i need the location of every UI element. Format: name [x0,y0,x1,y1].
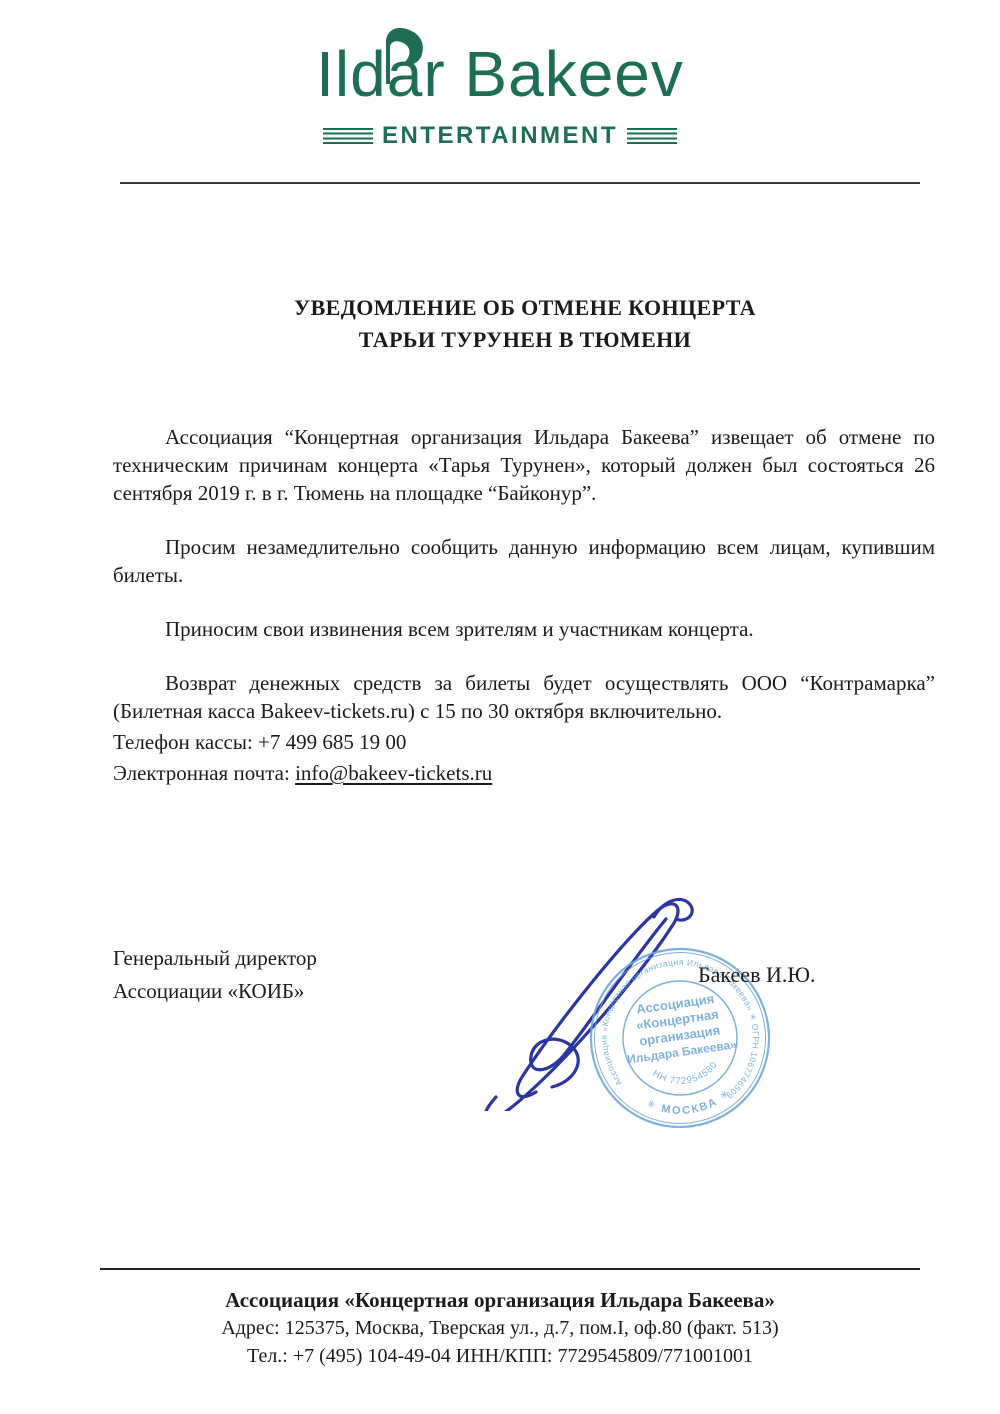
signer-name: Бакеев И.Ю. [698,962,815,988]
paragraph-refund: Возврат денежных средств за билеты будет… [113,669,935,725]
letter-body: Ассоциация “Концертная организация Ильда… [113,423,935,787]
paragraph-announcement: Ассоциация “Концертная организация Ильда… [113,423,935,507]
logo-lines-left-icon [323,128,373,145]
title-line-1: УВЕДОМЛЕНИЕ ОБ ОТМЕНЕ КОНЦЕРТА [115,292,935,324]
company-logo: Ildar Bakeev ENTERTAINMENT [0,28,1000,150]
footer-phone-inn: Тел.: +7 (495) 104-49-04 ИНН/КПП: 772954… [0,1342,1000,1370]
footer: Ассоциация «Концертная организация Ильда… [0,1286,1000,1370]
phone-number: +7 499 685 19 00 [258,730,406,754]
title-line-2: ТАРЬИ ТУРУНЕН В ТЮМЕНИ [115,324,935,356]
logo-subtitle-row: ENTERTAINMENT [0,122,1000,150]
phone-line: Телефон кассы: +7 499 685 19 00 [113,728,935,756]
email-label: Электронная почта: [113,761,295,785]
email-link[interactable]: info@bakeev-tickets.ru [295,761,492,785]
signatory-position-line-2: Ассоциации «КОИБ» [113,975,317,1008]
footer-org-name: Ассоциация «Концертная организация Ильда… [0,1286,1000,1314]
paragraph-request: Просим незамедлительно сообщить данную и… [113,533,935,589]
footer-address: Адрес: 125375, Москва, Тверская ул., д.7… [0,1314,1000,1342]
signatory-position-line-1: Генеральный директор [113,942,317,975]
header-divider [120,182,920,184]
email-line: Электронная почта: info@bakeev-tickets.r… [113,759,935,787]
paragraph-apology: Приносим свои извинения всем зрителям и … [113,615,935,643]
document-page: Ildar Bakeev ENTERTAINMENT УВЕДОМЛЕНИЕ О… [0,0,1000,1414]
music-note-icon [384,26,430,93]
phone-label: Телефон кассы: [113,730,258,754]
logo-brand-text: Ildar Bakeev [316,38,684,110]
logo-brand-row: Ildar Bakeev [0,28,1000,120]
footer-divider [100,1268,920,1270]
logo-subtitle: ENTERTAINMENT [382,122,618,150]
signatory-position: Генеральный директор Ассоциации «КОИБ» [113,942,317,1008]
logo-lines-right-icon [627,128,677,145]
document-title: УВЕДОМЛЕНИЕ ОБ ОТМЕНЕ КОНЦЕРТА ТАРЬИ ТУР… [115,292,935,356]
